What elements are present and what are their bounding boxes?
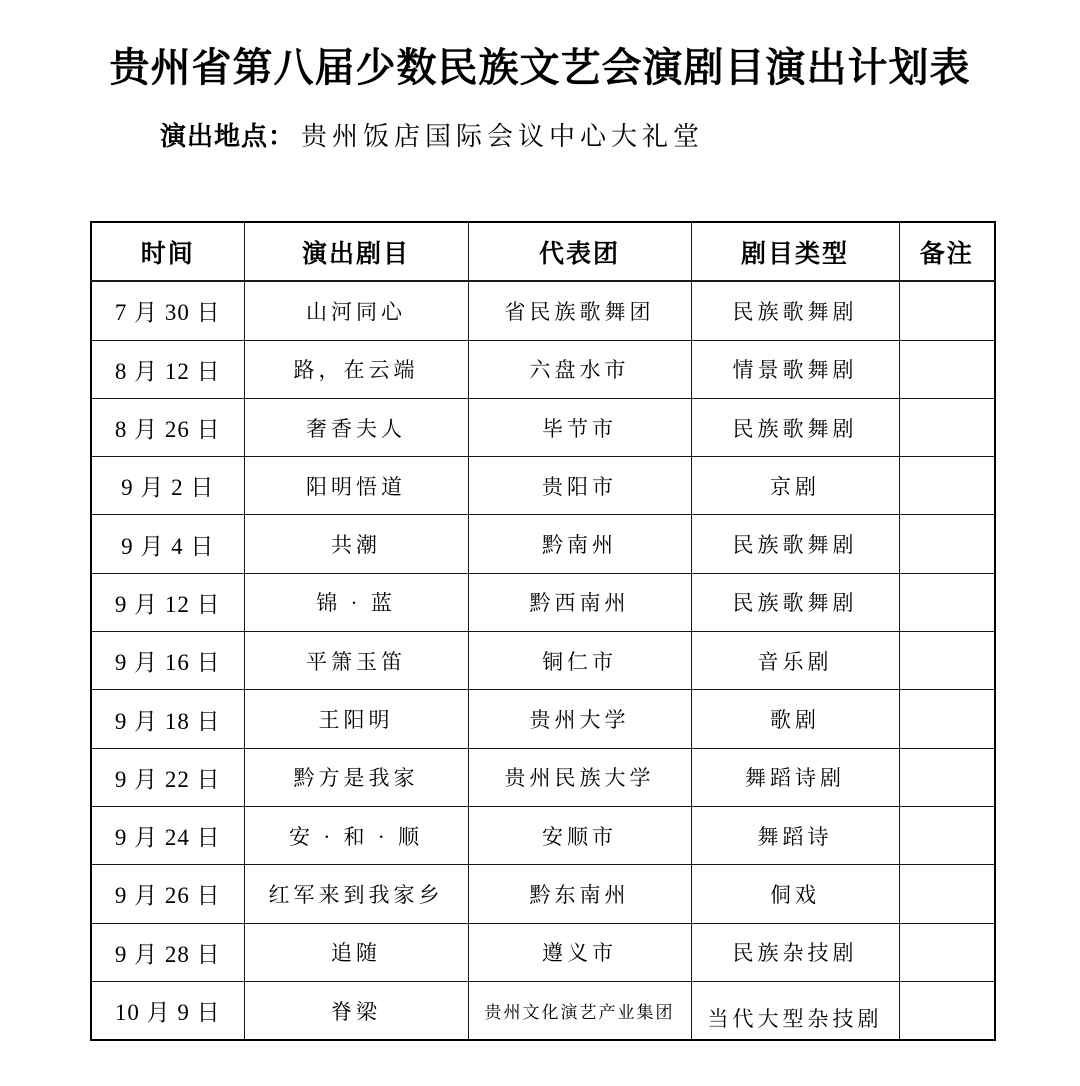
cell-type: 民族歌舞剧 (691, 281, 899, 340)
cell-type: 当代大型杂技剧 (691, 981, 899, 1040)
cell-type: 舞蹈诗 (691, 806, 899, 864)
document-page: 贵州省第八届少数民族文艺会演剧目演出计划表 演出地点：贵州饭店国际会议中心大礼堂… (0, 0, 1080, 1086)
cell-date: 9 月 2 日 (91, 457, 244, 515)
cell-delegation: 黔南州 (468, 515, 691, 573)
cell-delegation: 六盘水市 (468, 340, 691, 398)
schedule-table: 时间 演出剧目 代表团 剧目类型 备注 7 月 30 日 山河同心 省民族歌舞团… (90, 221, 996, 1041)
venue-value: 贵州饭店国际会议中心大礼堂 (301, 122, 704, 151)
cell-note (899, 281, 995, 340)
table-row: 8 月 12 日 路，在云端 六盘水市 情景歌舞剧 (91, 340, 995, 398)
cell-date: 9 月 22 日 (91, 748, 244, 806)
cell-program: 共潮 (244, 515, 468, 573)
table-row: 9 月 16 日 平箫玉笛 铜仁市 音乐剧 (91, 632, 995, 690)
cell-delegation: 铜仁市 (468, 632, 691, 690)
cell-note (899, 398, 995, 456)
cell-program: 追随 (244, 923, 468, 981)
cell-program: 路，在云端 (244, 340, 468, 398)
cell-type: 民族歌舞剧 (691, 398, 899, 456)
cell-date: 9 月 24 日 (91, 806, 244, 864)
cell-program: 红军来到我家乡 (244, 865, 468, 923)
cell-delegation: 黔东南州 (468, 865, 691, 923)
cell-note (899, 457, 995, 515)
header-time: 时间 (91, 222, 244, 281)
cell-note (899, 690, 995, 748)
cell-delegation: 省民族歌舞团 (468, 281, 691, 340)
cell-type: 歌剧 (691, 690, 899, 748)
cell-delegation: 贵州民族大学 (468, 748, 691, 806)
table-row: 9 月 18 日 王阳明 贵州大学 歌剧 (91, 690, 995, 748)
table-row: 9 月 2 日 阳明悟道 贵阳市 京剧 (91, 457, 995, 515)
cell-program: 安 · 和 · 顺 (244, 806, 468, 864)
cell-program: 王阳明 (244, 690, 468, 748)
cell-date: 10 月 9 日 (91, 981, 244, 1040)
table-row: 9 月 26 日 红军来到我家乡 黔东南州 侗戏 (91, 865, 995, 923)
cell-program: 阳明悟道 (244, 457, 468, 515)
cell-date: 9 月 18 日 (91, 690, 244, 748)
table-row: 9 月 22 日 黔方是我家 贵州民族大学 舞蹈诗剧 (91, 748, 995, 806)
cell-type: 民族杂技剧 (691, 923, 899, 981)
cell-type: 情景歌舞剧 (691, 340, 899, 398)
cell-note (899, 981, 995, 1040)
header-program: 演出剧目 (244, 222, 468, 281)
cell-program: 山河同心 (244, 281, 468, 340)
cell-date: 9 月 4 日 (91, 515, 244, 573)
table-row: 9 月 28 日 追随 遵义市 民族杂技剧 (91, 923, 995, 981)
cell-note (899, 806, 995, 864)
cell-note (899, 748, 995, 806)
header-row: 时间 演出剧目 代表团 剧目类型 备注 (91, 222, 995, 281)
cell-note (899, 632, 995, 690)
header-type: 剧目类型 (691, 222, 899, 281)
table-row: 9 月 12 日 锦 · 蓝 黔西南州 民族歌舞剧 (91, 573, 995, 631)
cell-delegation: 贵州文化演艺产业集团 (468, 981, 691, 1040)
cell-date: 9 月 28 日 (91, 923, 244, 981)
cell-type: 民族歌舞剧 (691, 515, 899, 573)
table-row: 7 月 30 日 山河同心 省民族歌舞团 民族歌舞剧 (91, 281, 995, 340)
cell-delegation: 安顺市 (468, 806, 691, 864)
table-row: 9 月 4 日 共潮 黔南州 民族歌舞剧 (91, 515, 995, 573)
table-row: 10 月 9 日 脊梁 贵州文化演艺产业集团 当代大型杂技剧 (91, 981, 995, 1040)
cell-date: 9 月 16 日 (91, 632, 244, 690)
cell-type: 民族歌舞剧 (691, 573, 899, 631)
cell-date: 7 月 30 日 (91, 281, 244, 340)
cell-program: 脊梁 (244, 981, 468, 1040)
cell-delegation: 遵义市 (468, 923, 691, 981)
cell-program: 黔方是我家 (244, 748, 468, 806)
schedule-table-body: 7 月 30 日 山河同心 省民族歌舞团 民族歌舞剧 8 月 12 日 路，在云… (91, 281, 995, 1040)
cell-program: 锦 · 蓝 (244, 573, 468, 631)
venue-label: 演出地点： (160, 121, 295, 151)
table-row: 9 月 24 日 安 · 和 · 顺 安顺市 舞蹈诗 (91, 806, 995, 864)
header-note: 备注 (899, 222, 995, 281)
cell-note (899, 515, 995, 573)
cell-date: 9 月 26 日 (91, 865, 244, 923)
cell-date: 8 月 12 日 (91, 340, 244, 398)
cell-date: 9 月 12 日 (91, 573, 244, 631)
cell-delegation: 毕节市 (468, 398, 691, 456)
cell-type: 京剧 (691, 457, 899, 515)
header-delegation: 代表团 (468, 222, 691, 281)
table-row: 8 月 26 日 奢香夫人 毕节市 民族歌舞剧 (91, 398, 995, 456)
cell-note (899, 340, 995, 398)
cell-program: 奢香夫人 (244, 398, 468, 456)
cell-type: 侗戏 (691, 865, 899, 923)
cell-note (899, 923, 995, 981)
schedule-table-header: 时间 演出剧目 代表团 剧目类型 备注 (91, 222, 995, 281)
cell-note (899, 865, 995, 923)
cell-delegation: 黔西南州 (468, 573, 691, 631)
cell-note (899, 573, 995, 631)
venue-line: 演出地点：贵州饭店国际会议中心大礼堂 (160, 116, 704, 153)
cell-delegation: 贵阳市 (468, 457, 691, 515)
cell-delegation: 贵州大学 (468, 690, 691, 748)
page-title: 贵州省第八届少数民族文艺会演剧目演出计划表 (0, 36, 1080, 93)
cell-type: 舞蹈诗剧 (691, 748, 899, 806)
cell-type: 音乐剧 (691, 632, 899, 690)
cell-date: 8 月 26 日 (91, 398, 244, 456)
cell-program: 平箫玉笛 (244, 632, 468, 690)
